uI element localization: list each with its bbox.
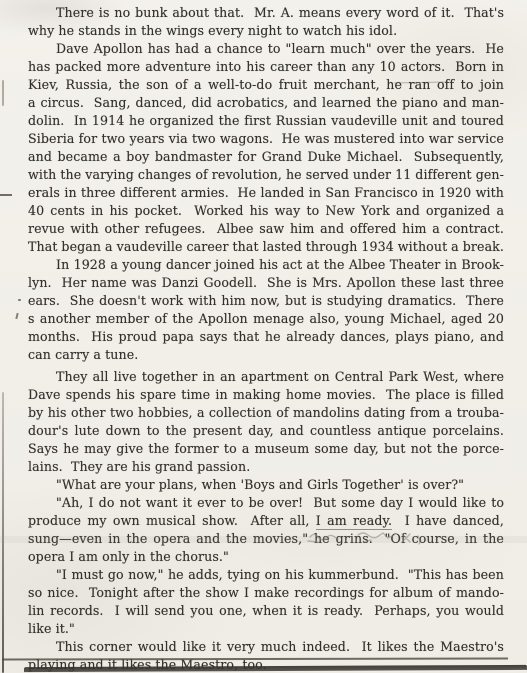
text-line: Siberia for two years via two wagons. He… [28,130,504,148]
text-line-content: lin records. I will send you one, when i… [28,602,504,620]
text-line-content: months. His proud papa says that he alre… [28,328,504,346]
text-line-content: and became a boy bandmaster for Grand Du… [28,148,504,166]
text-line: lyn. Her name was Danzi Goodell. She is … [28,274,504,292]
text-line-content: so nice. Tonight after the show I make r… [28,584,504,602]
text-line-content: can carry a tune. [28,346,138,364]
text-line-content: has packed more adventure into his caree… [28,58,504,76]
text-line: lains. They are his grand passion. [28,458,504,476]
text-line: can carry a tune. [28,346,504,364]
text-line-content: a circus. Sang, danced, did acrobatics, … [28,94,504,112]
cut-character-mark [18,299,21,301]
text-line-content: Says he may give the former to a museum … [28,440,504,458]
left-margin-line-lower [2,392,4,673]
text-line: months. His proud papa says that he alre… [28,328,504,346]
paper-streak [0,536,527,543]
text-line-content: Siberia for two years via two wagons. He… [28,130,504,148]
text-line: Says he may give the former to a museum … [28,440,504,458]
text-line: "Ah, I do not want it ever to be over! B… [28,494,504,512]
text-line-content: Dave Apollon has had a chance to "learn … [56,40,504,58]
text-line: Dave Apollon has had a chance to "learn … [28,40,504,58]
text-line: "What are your plans, when 'Boys and Gir… [28,476,504,494]
paragraph: In 1928 a young dancer joined his act at… [28,256,504,364]
text-line: lin records. I will send you one, when i… [28,602,504,620]
text-line-content: opera I am only in the chorus." [28,548,229,566]
text-line: In 1928 a young dancer joined his act at… [28,256,504,274]
text-line: with the varying changes of revolution, … [28,166,504,184]
text-line: Dave spends his spare time in making hom… [28,386,504,404]
text-line-content: "Ah, I do not want it ever to be over! B… [56,494,504,512]
text-line-content: erals in three different armies. He land… [28,184,504,202]
text-line: ears. She doesn't work with him now, but… [28,292,504,310]
text-line-content: by his other two hobbies, a collection o… [28,404,504,422]
text-line: erals in three different armies. He land… [28,184,504,202]
cut-character-mark [15,313,18,319]
text-line: by his other two hobbies, a collection o… [28,404,504,422]
pencil-scribble-mark [306,528,436,546]
text-line: opera I am only in the chorus." [28,548,504,566]
text-line-content: revue with other refugees. Albee saw him… [28,220,504,238]
text-line: revue with other refugees. Albee saw him… [28,220,504,238]
text-line-content: why he stands in the wings every night t… [28,22,397,40]
text-line-content: 40 cents in his pocket. Worked his way t… [28,202,504,220]
text-line: why he stands in the wings every night t… [28,22,504,40]
text-line: That began a vaudeville career that last… [28,238,504,256]
paragraph: Dave Apollon has had a chance to "learn … [28,40,504,256]
text-line: like it." [28,620,504,638]
text-line: so nice. Tonight after the show I make r… [28,584,504,602]
text-line-content: ears. She doesn't work with him now, but… [28,292,504,310]
text-line: 40 cents in his pocket. Worked his way t… [28,202,504,220]
text-line-content: dolin. In 1914 he organized the first Ru… [28,112,504,130]
text-line-content: s another member of the Apollon menage a… [28,310,504,328]
margin-dash-mark [0,194,12,196]
left-margin-line-upper [2,80,4,106]
text-line-content: In 1928 a young dancer joined his act at… [56,256,504,274]
text-line-content: This corner would like it very much inde… [56,638,504,656]
text-line: s another member of the Apollon menage a… [28,310,504,328]
text-line-content: That began a vaudeville career that last… [28,238,504,256]
text-line: Kiev, Russia, the son of a well-to-do fr… [28,76,504,94]
text-line: "I must go now," he adds, tying on his k… [28,566,504,584]
text-line: dour's lute down to the present day, and… [28,422,504,440]
text-line-content: Dave spends his spare time in making hom… [28,386,504,404]
text-line-content: Kiev, Russia, the son of a well-to-do fr… [28,76,504,94]
text-line-content: "I must go now," he adds, tying on his k… [56,566,504,584]
text-line: This corner would like it very much inde… [28,638,504,656]
text-line-content: dour's lute down to the present day, and… [28,422,504,440]
text-line-content: with the varying changes of revolution, … [28,166,504,184]
paragraph: "What are your plans, when 'Boys and Gir… [28,476,504,494]
text-line: a circus. Sang, danced, did acrobatics, … [28,94,504,112]
text-line-content: There is no bunk about that. Mr. A. mean… [56,4,504,22]
text-line: has packed more adventure into his caree… [28,58,504,76]
text-line: They all live together in an apartment o… [28,368,504,386]
text-line-content: "What are your plans, when 'Boys and Gir… [56,476,464,494]
paragraph: They all live together in an apartment o… [28,368,504,476]
text-line-content: They all live together in an apartment o… [56,368,504,386]
paragraph: "I must go now," he adds, tying on his k… [28,566,504,638]
text-line-content: lyn. Her name was Danzi Goodell. She is … [28,274,504,292]
paragraph: There is no bunk about that. Mr. A. mean… [28,4,504,40]
text-line-content: lains. They are his grand passion. [28,458,250,476]
article-text: There is no bunk about that. Mr. A. mean… [28,4,504,673]
text-line: dolin. In 1914 he organized the first Ru… [28,112,504,130]
text-line-content: like it." [28,620,75,638]
text-line: and became a boy bandmaster for Grand Du… [28,148,504,166]
scanned-article-page: There is no bunk about that. Mr. A. mean… [0,0,527,673]
text-line: There is no bunk about that. Mr. A. mean… [28,4,504,22]
